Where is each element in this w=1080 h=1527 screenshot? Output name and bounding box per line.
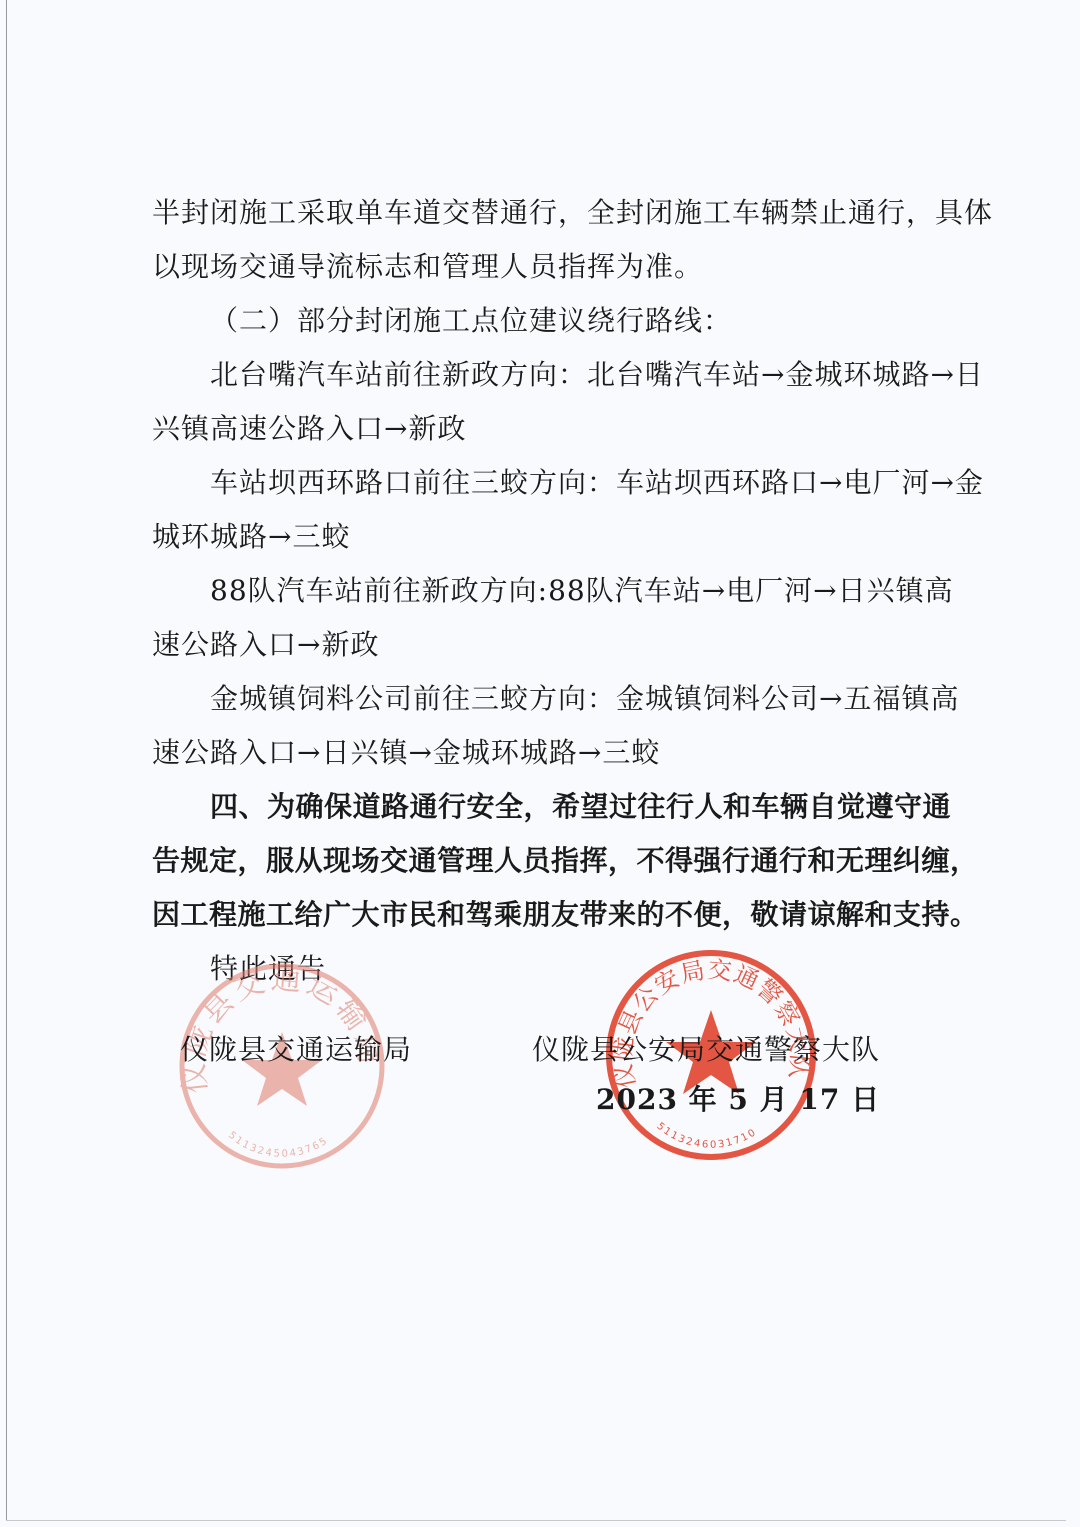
signatory-transport-bureau: 仪陇县交通运输局 <box>180 1030 412 1070</box>
route-line: 兴镇高速公路入口→新政 <box>152 402 962 456</box>
route-line: 速公路入口→新政 <box>152 618 962 672</box>
route-line: 车站坝西环路口前往三蛟方向：车站坝西环路口→电厂河→金 <box>152 456 962 510</box>
route-line: 北台嘴汽车站前往新政方向：北台嘴汽车站→金城环城路→日 <box>152 348 962 402</box>
paragraph-line: 因工程施工给广大市民和驾乘朋友带来的不便，敬请谅解和支持。 <box>152 888 962 942</box>
signatory-traffic-police: 仪陇县公安局交通警察大队 <box>532 1030 880 1070</box>
page-edge <box>6 1520 1066 1521</box>
section-heading: （二）部分封闭施工点位建议绕行路线： <box>152 294 962 348</box>
route-line: 速公路入口→日兴镇→金城环城路→三蛟 <box>152 726 962 780</box>
route-line: 金城镇饲料公司前往三蛟方向：金城镇饲料公司→五福镇高 <box>152 672 962 726</box>
paragraph-line: 以现场交通导流标志和管理人员指挥为准。 <box>152 240 962 294</box>
page-edge <box>6 0 7 1520</box>
paragraph-line: 半封闭施工采取单车道交替通行，全封闭施工车辆禁止通行，具体 <box>152 186 962 240</box>
route-line: 88队汽车站前往新政方向:88队汽车站→电厂河→日兴镇高 <box>152 564 962 618</box>
paragraph-line: 四、为确保道路通行安全，希望过往行人和车辆自觉遵守通 <box>152 780 962 834</box>
route-line: 城环城路→三蛟 <box>152 510 962 564</box>
issue-date: 2023 年 5 月 17 日 <box>596 1078 880 1118</box>
paragraph-line: 告规定，服从现场交通管理人员指挥，不得强行通行和无理纠缠， <box>152 834 962 888</box>
notice-body: 半封闭施工采取单车道交替通行，全封闭施工车辆禁止通行，具体 以现场交通导流标志和… <box>152 186 962 996</box>
